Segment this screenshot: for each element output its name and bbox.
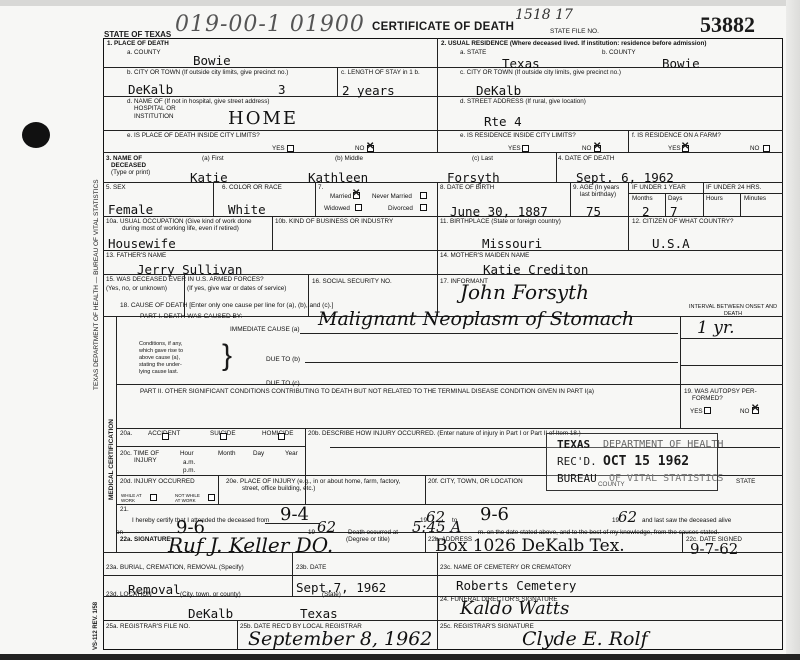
registrar-signature-label: 25c. REGISTRAR'S SIGNATURE xyxy=(440,623,534,630)
hour-label: Hour xyxy=(180,450,194,457)
form-number-label: VS-112 REV. 1/58 xyxy=(93,602,99,650)
residence-state-label: a. STATE xyxy=(460,49,486,56)
name-of-deceased-label: 3. NAME OF xyxy=(106,155,142,162)
death-precinct-value: 3 xyxy=(278,82,286,97)
date-of-birth-value: June 30, 1887 xyxy=(450,204,548,219)
informant-signature: John Forsyth xyxy=(460,280,589,304)
age-label-2: last birthday) xyxy=(580,191,616,198)
mother-name-value: Katie Crediton xyxy=(483,262,588,277)
birthplace-label: 11. BIRTHPLACE (State or foreign country… xyxy=(440,218,561,225)
autopsy-yes-checkbox[interactable] xyxy=(704,407,711,414)
burial-type-label: 23a. BURIAL, CREMATION, REMOVAL (Specify… xyxy=(106,564,244,571)
stamp-bureau: BUREAU xyxy=(557,472,597,485)
year-label: Year xyxy=(285,450,298,457)
death-city-value: DeKalb xyxy=(128,82,173,97)
length-of-stay-value: 2 years xyxy=(342,83,395,98)
death-inside-no-checkbox[interactable] xyxy=(367,145,374,152)
birthplace-value: Missouri xyxy=(482,236,542,251)
burial-state-sub-label: (State) xyxy=(322,591,341,598)
handwritten-code: 1518 17 xyxy=(515,7,573,23)
res-inside-yes-label: YES xyxy=(508,145,521,152)
residence-county-label: b. COUNTY xyxy=(602,49,636,56)
father-name-label: 13. FATHER'S NAME xyxy=(106,252,166,259)
months-label: Months xyxy=(632,195,653,202)
state-file-number: 53882 xyxy=(700,12,755,38)
age-label: 9. AGE (In years xyxy=(573,184,619,191)
stamp-department: DEPARTMENT OF HEALTH xyxy=(603,439,723,450)
age-value: 75 xyxy=(586,204,601,219)
autopsy-no-label: NO xyxy=(740,408,749,415)
usual-residence-label: 2. USUAL RESIDENCE (Where deceased lived… xyxy=(441,40,706,47)
time-of-injury-label: 20c. TIME OF xyxy=(120,450,159,457)
attended-to-value: 9-6 xyxy=(480,504,509,525)
received-stamp: TEXAS DEPARTMENT OF HEALTH REC'D. OCT 15… xyxy=(546,433,718,491)
death-inside-no-label: NO xyxy=(355,145,364,152)
due-to-c-label: DUE TO (c) xyxy=(266,380,300,387)
residence-street-label: d. STREET ADDRESS (If rural, give locati… xyxy=(460,98,586,105)
under-1-year-label: IF UNDER 1 YEAR xyxy=(632,184,686,191)
certificate-title: CERTIFICATE OF DEATH xyxy=(372,21,514,33)
place-of-injury-label-2: street, office building, etc.) xyxy=(242,485,315,492)
conditions-text-2: which gave rise to xyxy=(139,348,183,355)
hospital-value: HOME xyxy=(228,108,298,129)
certification-text: m. on the date stated above, and to the … xyxy=(478,529,719,536)
accident-checkbox[interactable] xyxy=(162,433,169,440)
conditions-brace: } xyxy=(222,341,232,371)
inside-city-limits-label: e. IS PLACE OF DEATH INSIDE CITY LIMITS? xyxy=(127,132,260,139)
stamp-vital-statistics: OF VITAL STATISTICS xyxy=(609,473,723,484)
burial-location-sub-label: (City, town, or county) xyxy=(180,591,241,598)
conditions-text-5: lying cause last. xyxy=(139,369,178,376)
minutes-label: Minutes xyxy=(744,195,766,202)
autopsy-label: 19. WAS AUTOPSY PER- xyxy=(684,388,757,395)
on-label: on xyxy=(116,529,123,536)
death-occurred-label: Death occurred at xyxy=(348,529,398,536)
last-name-label: (c) Last xyxy=(472,155,493,162)
cemetery-label: 23c. NAME OF CEMETERY OR CREMATORY xyxy=(440,564,571,571)
immediate-cause-label: IMMEDIATE CAUSE (a) xyxy=(230,326,300,333)
burial-location-label: 23d. LOCATION xyxy=(106,591,152,598)
armed-forces-sub-label: (Yes, no, or unknown) xyxy=(106,285,167,292)
last-saw-alive-text: and last saw the deceased alive xyxy=(642,517,731,524)
under-24-hours-label: IF UNDER 24 HRS. xyxy=(706,184,761,191)
occupation-label-2: during most of working life, even if ret… xyxy=(122,225,239,232)
county-label: a. COUNTY xyxy=(127,49,161,56)
residence-city-label: c. CITY OR TOWN (If outside city limits,… xyxy=(460,69,621,76)
attended-to-year: 62 xyxy=(618,508,637,526)
describe-injury-label: 20b. DESCRIBE HOW INJURY OCCURRED. (Ente… xyxy=(308,430,581,437)
scan-bottom-edge xyxy=(0,654,800,660)
immediate-cause-value: Malignant Neoplasm of Stomach xyxy=(318,308,634,330)
last-name-value: Forsyth xyxy=(447,170,500,185)
while-at-work-label: WHILE AT WORK xyxy=(121,493,151,503)
hospital-label-2: HOSPITAL OR xyxy=(134,105,176,112)
not-while-at-work-checkbox[interactable] xyxy=(208,494,215,501)
sex-value: Female xyxy=(108,202,153,217)
first-name-value: Katie xyxy=(190,170,228,185)
stamp-date: OCT 15 1962 xyxy=(603,454,689,469)
race-value: White xyxy=(228,202,266,217)
race-label: 6. COLOR OR RACE xyxy=(222,184,282,191)
am-label: a.m. xyxy=(183,459,195,466)
conditions-text-3: above cause (a), xyxy=(139,355,180,362)
residence-street-value: Rte 4 xyxy=(484,114,522,129)
injury-state-label: STATE xyxy=(736,478,755,485)
never-married-checkbox[interactable] xyxy=(420,192,427,199)
scan-top-edge xyxy=(0,0,800,6)
res-inside-no-checkbox[interactable] xyxy=(594,145,601,152)
interval-value: 1 yr. xyxy=(697,318,735,338)
occupation-label: 10a. USUAL OCCUPATION (Give kind of work… xyxy=(106,218,251,225)
physician-signature: Ruf J. Keller DO. xyxy=(168,533,333,557)
residence-farm-label: f. IS RESIDENCE ON A FARM? xyxy=(632,132,721,139)
autopsy-no-checkbox[interactable] xyxy=(752,407,759,414)
date-of-death-label: 4. DATE OF DEATH xyxy=(558,155,614,162)
days-value: 7 xyxy=(670,204,678,219)
degree-label: (Degree or title) xyxy=(346,536,390,543)
marital-status-label: 7. xyxy=(318,184,323,191)
married-checkbox[interactable] xyxy=(353,192,360,199)
burial-date-value: Sept.7, 1962 xyxy=(296,580,386,595)
conditions-text-4: stating the under- xyxy=(139,362,182,369)
registrar-signature: Clyde E. Rolf xyxy=(522,628,648,650)
interval-label: INTERVAL BETWEEN ONSET AND DEATH xyxy=(688,304,778,318)
registrar-date-value: September 8, 1962 xyxy=(248,628,432,650)
widowed-checkbox[interactable] xyxy=(355,204,362,211)
date-of-birth-label: 8. DATE OF BIRTH xyxy=(440,184,494,191)
time-of-injury-label-2: INJURY xyxy=(134,457,157,464)
conditions-text-1: Conditions, if any, xyxy=(139,341,182,348)
attended-from-value: 9-4 xyxy=(280,504,309,525)
death-certificate-page: STATE OF TEXAS 019-00-1 01900 CERTIFICAT… xyxy=(0,0,800,660)
item-20a-label: 20a. xyxy=(120,430,132,437)
department-side-label: TEXAS DEPARTMENT OF HEALTH — BUREAU OF V… xyxy=(93,179,100,390)
residence-inside-city-label: e. IS RESIDENCE INSIDE CITY LIMITS? xyxy=(460,132,576,139)
death-inside-yes-checkbox[interactable] xyxy=(287,145,294,152)
residence-county-value: Bowie xyxy=(662,56,700,71)
burial-date-label: 23b. DATE xyxy=(296,564,326,571)
married-label: Married xyxy=(330,193,351,200)
death-time-value: 5:45 A xyxy=(412,518,461,536)
scan-right-edge xyxy=(786,0,800,660)
never-married-label: Never Married xyxy=(372,193,412,200)
due-to-b-label: DUE TO (b) xyxy=(266,356,300,363)
month-label: Month xyxy=(218,450,236,457)
citizen-label: 12. CITIZEN OF WHAT COUNTRY? xyxy=(632,218,733,225)
part-2-label: PART II. OTHER SIGNIFICANT CONDITIONS CO… xyxy=(140,388,594,395)
res-farm-yes-checkbox[interactable] xyxy=(682,145,689,152)
residence-city-value: DeKalb xyxy=(476,83,521,98)
middle-name-value: Kathleen xyxy=(308,170,368,185)
funeral-director-signature: Kaldo Watts xyxy=(460,598,569,619)
hours-label: Hours xyxy=(706,195,723,202)
mother-name-label: 14. MOTHER'S MAIDEN NAME xyxy=(440,252,529,259)
city-label: b. CITY OR TOWN (If outside city limits,… xyxy=(127,69,288,76)
state-file-label: STATE FILE NO. xyxy=(550,28,599,35)
death-inside-yes-label: YES xyxy=(272,145,285,152)
while-at-work-checkbox[interactable] xyxy=(150,494,157,501)
injury-location-label: 20f. CITY, TOWN, OR LOCATION xyxy=(428,478,523,485)
date-of-death-value: Sept. 6, 1962 xyxy=(576,170,674,185)
res-farm-no-label: NO xyxy=(750,145,759,152)
physician-address-value: Box 1026 DeKalb Tex. xyxy=(435,536,625,556)
injury-occurred-label: 20d. INJURY OCCURRED xyxy=(120,478,195,485)
ssn-label: 16. SOCIAL SECURITY NO. xyxy=(312,278,392,285)
first-name-label: (a) First xyxy=(202,155,224,162)
part-1-label: PART I. DEATH WAS CAUSED BY: xyxy=(140,313,243,320)
death-county-value: Bowie xyxy=(193,53,231,68)
name-of-deceased-label-2: DECEASED xyxy=(111,162,146,169)
punch-hole xyxy=(22,122,50,148)
date-signed-value: 9-7-62 xyxy=(690,540,738,558)
industry-label: 10b. KIND OF BUSINESS OR INDUSTRY xyxy=(275,218,393,225)
not-while-at-work-label: NOT WHILE AT WORK xyxy=(175,493,205,503)
widowed-label: Widowed xyxy=(324,205,350,212)
armed-forces-service-label: (If yes, give war or dates of service) xyxy=(187,285,286,292)
cause-of-death-label: 18. CAUSE OF DEATH [Enter only one cause… xyxy=(120,302,333,309)
middle-name-label: (b) Middle xyxy=(335,155,363,162)
hospital-label-3: INSTITUTION xyxy=(134,113,174,120)
day-label: Day xyxy=(253,450,264,457)
place-of-injury-label: 20e. PLACE OF INJURY (e.g., in or about … xyxy=(226,478,400,485)
registrar-file-label: 25a. REGISTRAR'S FILE NO. xyxy=(106,623,190,630)
pm-label: p.m. xyxy=(183,467,195,474)
occupation-value: Housewife xyxy=(108,236,176,251)
length-of-stay-label: c. LENGTH OF STAY in 1 b. xyxy=(341,69,433,76)
signature-label: 22a. SIGNATURE xyxy=(120,536,171,543)
divorced-label: Divorced xyxy=(388,205,413,212)
days-label: Days xyxy=(668,195,682,202)
divorced-checkbox[interactable] xyxy=(420,204,427,211)
suicide-checkbox[interactable] xyxy=(220,433,227,440)
homicide-checkbox[interactable] xyxy=(278,433,285,440)
stamp-recd: REC'D. xyxy=(557,455,597,468)
res-farm-yes-label: YES xyxy=(668,145,681,152)
father-name-value: Jerry Sullivan xyxy=(137,262,242,277)
sex-label: 5. SEX xyxy=(106,184,126,191)
autopsy-yes-label: YES xyxy=(690,408,703,415)
burial-location-value: DeKalb xyxy=(188,606,233,621)
autopsy-label-2: FORMED? xyxy=(692,395,723,402)
months-value: 2 xyxy=(642,204,650,219)
cemetery-value: Roberts Cemetery xyxy=(456,578,576,593)
stamp-texas: TEXAS xyxy=(557,438,590,451)
burial-state-value: Texas xyxy=(300,606,338,621)
name-of-deceased-label-3: (Type or print) xyxy=(111,169,150,176)
citizen-value: U.S.A xyxy=(652,236,690,251)
hospital-label: d. NAME OF (If not in hospital, give str… xyxy=(127,98,269,105)
res-inside-yes-checkbox[interactable] xyxy=(522,145,529,152)
armed-forces-label: 15. WAS DECEASED EVER IN U.S. ARMED FORC… xyxy=(106,276,264,283)
handwritten-numbers: 019-00-1 01900 xyxy=(175,12,365,37)
place-of-death-label: 1. PLACE OF DEATH xyxy=(107,40,169,47)
res-farm-no-checkbox[interactable] xyxy=(763,145,770,152)
res-inside-no-label: NO xyxy=(582,145,591,152)
item-21-label: 21. xyxy=(120,506,129,513)
